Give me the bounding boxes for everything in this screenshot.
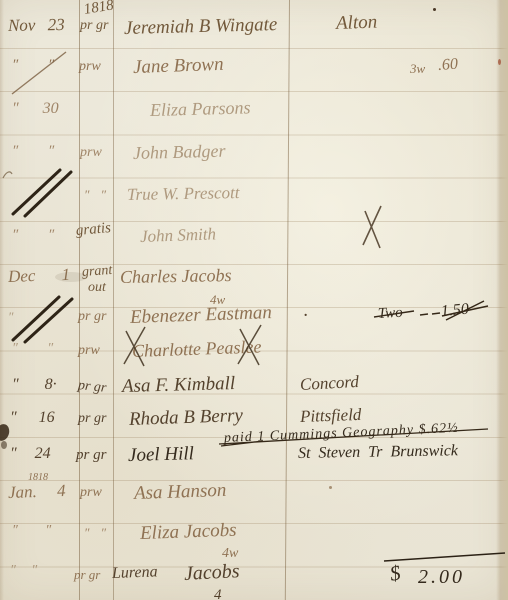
name-cell: John Smith — [140, 225, 217, 245]
name-cell: Charlotte Peaslee — [132, 337, 262, 360]
place-cell: Concord — [300, 373, 360, 393]
date-cell: ″ ″ — [12, 342, 53, 356]
fee-cell: prw — [80, 146, 102, 160]
date-cell: ″ ″ — [12, 144, 54, 159]
fee-cell: ″ ″ — [84, 188, 106, 201]
fee-cell-line2: out — [88, 281, 106, 295]
name-cell: Jane Brown — [133, 55, 224, 77]
fee-cell: prw — [79, 60, 101, 74]
fee-cell: pr gr — [78, 412, 106, 426]
page-right-edge — [496, 0, 508, 600]
date-cell: ″ — [8, 310, 13, 323]
name-cell: True W. Prescott — [127, 184, 240, 203]
column-rule-2 — [113, 0, 114, 600]
place-cell: St Steven Tr Brunswick — [298, 443, 458, 462]
name-cell-2: Jacobs — [183, 561, 240, 584]
name-cell: Eliza Jacobs — [140, 521, 237, 543]
name-cell: Asa F. Kimball — [122, 374, 236, 396]
place-cell: Pittsfield — [300, 406, 362, 425]
name-cell: Rhoda B Berry — [129, 406, 244, 429]
total-amount: 2.00 — [418, 567, 465, 587]
fee-cell: pr gr — [80, 19, 108, 33]
date-cell: ″ 8· — [12, 377, 57, 393]
name-cell: Asa Hanson — [134, 481, 227, 503]
ink-speck — [329, 486, 332, 489]
fee-cell: prw — [80, 486, 102, 500]
weeks-note: 4 — [214, 588, 222, 600]
fee-cell: ″ ″ — [84, 526, 106, 539]
weeks-cell: 3w — [410, 62, 425, 75]
ink-speck — [433, 8, 436, 11]
name-cell: Ebenezer Eastman — [130, 303, 273, 327]
name-cell: Charles Jacobs — [120, 266, 232, 286]
fee-cell: pr gr — [78, 310, 106, 324]
date-cell: ″ ″ — [12, 228, 54, 243]
date-cell: ″ 16 — [10, 410, 55, 426]
name-cell: Eliza Parsons — [150, 98, 251, 119]
date-cell: ″ ″ — [12, 58, 54, 73]
date-cell: ″ 30 — [12, 101, 59, 117]
date-cell: ″ ″ — [12, 524, 51, 538]
fee-cell: pr gr — [77, 379, 107, 396]
red-fleck — [498, 59, 501, 65]
struck-amount: 1.50 — [440, 302, 469, 320]
fee-cell: pr gr — [76, 448, 106, 463]
weeks-note: 4w — [222, 547, 238, 561]
fee-cell: gratis — [75, 221, 111, 239]
name-cell: Jeremiah B Wingate — [124, 15, 278, 38]
fee-cell: pr gr — [74, 568, 100, 581]
name-cell: Joel Hill — [128, 444, 194, 465]
name-cell: John Badger — [133, 142, 226, 162]
page-left-edge — [0, 0, 4, 600]
date-year-superscript: 1818 — [28, 473, 48, 483]
struck-word: Two — [378, 306, 403, 322]
date-cell: ″ ″ — [10, 564, 37, 578]
date-cell: Jan. 4 — [8, 482, 66, 501]
ink-blot — [1, 441, 7, 449]
year-heading: 1818 — [83, 0, 115, 18]
amount-cell: .60 — [437, 57, 458, 74]
name-cell: Lurena — [112, 564, 158, 582]
smudge — [55, 272, 87, 282]
stray-dot: · — [303, 306, 308, 325]
column-rule-1 — [79, 0, 80, 600]
date-cell: Nov 23 — [8, 16, 65, 34]
place-cell: Alton — [336, 13, 378, 33]
date-cell: ″ 24 — [10, 446, 51, 462]
fee-cell: prw — [78, 344, 100, 358]
ledger-page: 1818 Nov 23 pr gr Jeremiah B Wingate Alt… — [0, 0, 508, 600]
